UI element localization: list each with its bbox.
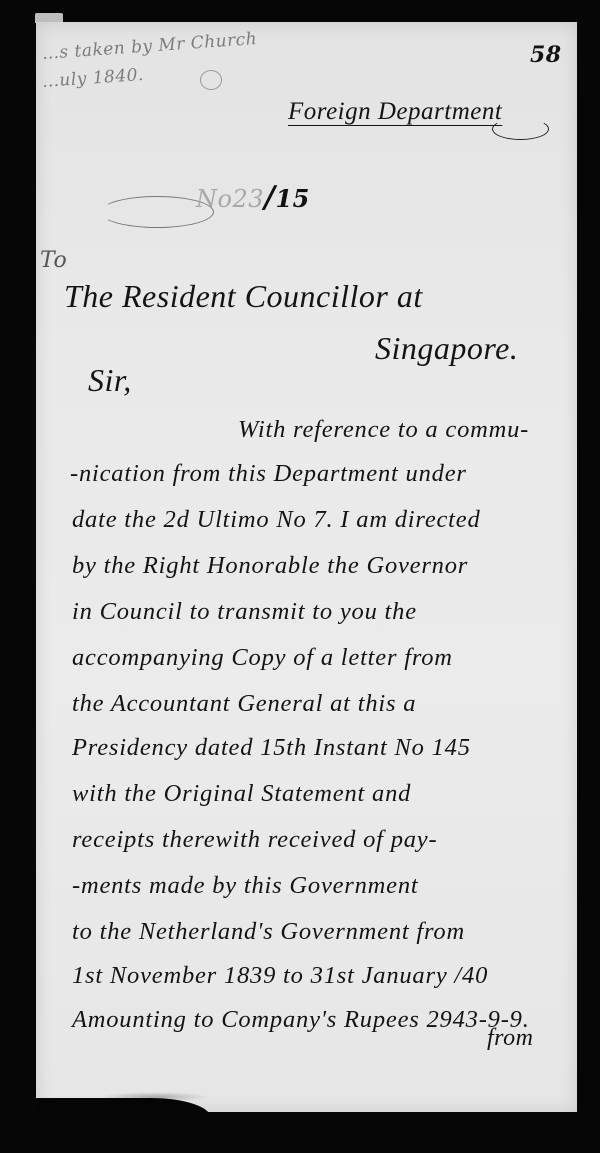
body-line-3: date the 2d Ultimo No 7. I am directed — [72, 506, 481, 534]
addressee-line2: Singapore. — [375, 330, 518, 367]
body-line-9: with the Original Statement and — [72, 780, 411, 808]
page-number: 58 — [530, 42, 562, 68]
heading-flourish — [492, 118, 549, 140]
body-line-7: the Accountant General at this a — [72, 690, 416, 718]
reference-number-faint: 23 — [232, 185, 264, 213]
body-line-13: 1st November 1839 to 31st January /40 — [72, 962, 488, 990]
body-line-12: to the Netherland's Government from — [72, 918, 465, 946]
salutation: Sir, — [88, 362, 132, 399]
body-line-5: in Council to transmit to you the — [72, 598, 417, 626]
body-line-6: accompanying Copy of a letter from — [72, 644, 453, 672]
reference-prefix: No — [196, 185, 232, 213]
reference-number-value: 15 — [275, 184, 309, 213]
body-line-1: With reference to a commu- — [238, 416, 529, 444]
page-curl — [36, 1098, 211, 1118]
margin-note-flourish — [200, 70, 222, 90]
body-line-8: Presidency dated 15th Instant No 145 — [72, 734, 471, 762]
body-line-4: by the Right Honorable the Governor — [72, 552, 468, 580]
reference-number: No23/15 — [196, 180, 310, 215]
to-label: To — [40, 248, 67, 273]
body-line-14: Amounting to Company's Rupees 2943-9-9. — [72, 1006, 530, 1034]
body-line-2: -nication from this Department under — [70, 460, 467, 488]
body-line-11: -ments made by this Government — [72, 872, 419, 900]
body-line-10: receipts therewith received of pay- — [72, 826, 437, 854]
department-heading: Foreign Department — [288, 98, 502, 126]
catchword: from — [487, 1025, 533, 1052]
reference-separator: / — [264, 180, 275, 215]
addressee-line1: The Resident Councillor at — [64, 278, 423, 315]
